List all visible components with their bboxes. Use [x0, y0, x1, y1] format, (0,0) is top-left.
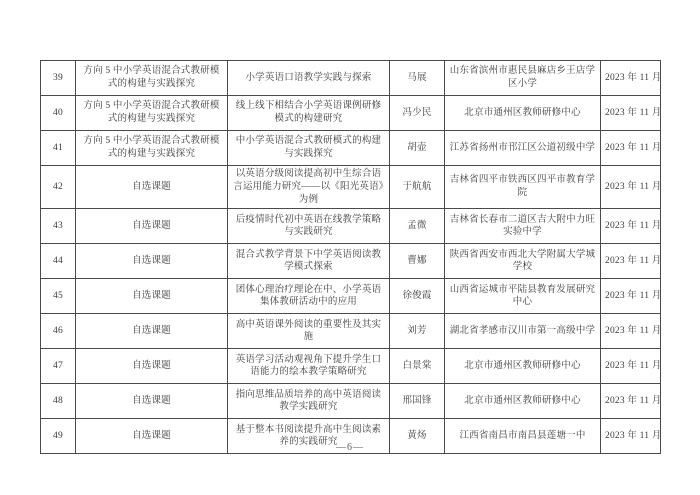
title-cell: 中小学英语混合式教研模式的构建与实践探究	[228, 131, 390, 166]
title-cell: 英语学习活动观视角下提升学生口语能力的绘本教学策略研究	[228, 349, 390, 384]
org-cell: 江苏省扬州市邗江区公道初级中学	[445, 131, 601, 166]
title-cell: 后疫情时代初中英语在线教学策略与实践研究	[228, 209, 390, 244]
category-cell: 方向 5 中小学英语混合式教研模式的构建与实践探究	[76, 96, 228, 131]
org-cell: 北京市通州区教师研修中心	[445, 96, 601, 131]
date-cell: 2023 年 11 月	[601, 209, 661, 244]
org-cell: 吉林省四平市铁西区四平市教育学院	[445, 166, 601, 209]
title-cell: 线上线下相结合小学英语课例研修模式的构建研究	[228, 96, 390, 131]
row-number-cell: 45	[41, 279, 76, 314]
date-cell: 2023 年 11 月	[601, 349, 661, 384]
document-page: 39 方向 5 中小学英语混合式教研模式的构建与实践探究 小学英语口语教学实践与…	[0, 0, 700, 495]
table-body: 39 方向 5 中小学英语混合式教研模式的构建与实践探究 小学英语口语教学实践与…	[41, 61, 661, 454]
name-cell: 胡壶	[390, 131, 445, 166]
row-number-cell: 44	[41, 244, 76, 279]
name-cell: 白景棠	[390, 349, 445, 384]
date-cell: 2023 年 11 月	[601, 279, 661, 314]
table-row: 45 自选课题 团体心理治疗理论在中、小学英语集体教研活动中的应用 徐俊霞 山西…	[41, 279, 661, 314]
org-cell: 吉林省长春市二道区吉大附中力旺实验中学	[445, 209, 601, 244]
row-number-cell: 42	[41, 166, 76, 209]
category-cell: 自选课题	[76, 279, 228, 314]
name-cell: 冯少民	[390, 96, 445, 131]
org-cell: 山东省滨州市惠民县麻店乡王店学区小学	[445, 61, 601, 96]
org-cell: 陕西省西安市西北大学附属大学城学校	[445, 244, 601, 279]
category-cell: 自选课题	[76, 209, 228, 244]
date-cell: 2023 年 11 月	[601, 166, 661, 209]
org-cell: 北京市通州区教师研修中心	[445, 384, 601, 419]
name-cell: 孟微	[390, 209, 445, 244]
title-cell: 指向思维品质培养的高中英语阅读教学实践研究	[228, 384, 390, 419]
row-number-cell: 47	[41, 349, 76, 384]
name-cell: 马展	[390, 61, 445, 96]
table-row: 46 自选课题 高中英语课外阅读的重要性及其实施 刘芳 湖北省孝感市汉川市第一高…	[41, 314, 661, 349]
project-approval-table: 39 方向 5 中小学英语混合式教研模式的构建与实践探究 小学英语口语教学实践与…	[40, 60, 661, 454]
category-cell: 自选课题	[76, 349, 228, 384]
date-cell: 2023 年 11 月	[601, 384, 661, 419]
page-number: —6—	[0, 442, 700, 453]
org-cell: 北京市通州区教师研修中心	[445, 349, 601, 384]
table-row: 43 自选课题 后疫情时代初中英语在线教学策略与实践研究 孟微 吉林省长春市二道…	[41, 209, 661, 244]
row-number-cell: 43	[41, 209, 76, 244]
table-row: 44 自选课题 混合式教学背景下中学英语阅读教学模式探索 曹娜 陕西省西安市西北…	[41, 244, 661, 279]
row-number-cell: 39	[41, 61, 76, 96]
title-cell: 以英语分级阅读提高初中生综合语言运用能力研究——以《阳光英语》为例	[228, 166, 390, 209]
row-number-cell: 40	[41, 96, 76, 131]
row-number-cell: 48	[41, 384, 76, 419]
org-cell: 山西省运城市平陆县教育发展研究中心	[445, 279, 601, 314]
date-cell: 2023 年 11 月	[601, 96, 661, 131]
row-number-cell: 41	[41, 131, 76, 166]
category-cell: 自选课题	[76, 314, 228, 349]
title-cell: 高中英语课外阅读的重要性及其实施	[228, 314, 390, 349]
name-cell: 邢国锋	[390, 384, 445, 419]
category-cell: 方向 5 中小学英语混合式教研模式的构建与实践探究	[76, 61, 228, 96]
table-row: 47 自选课题 英语学习活动观视角下提升学生口语能力的绘本教学策略研究 白景棠 …	[41, 349, 661, 384]
date-cell: 2023 年 11 月	[601, 61, 661, 96]
date-cell: 2023 年 11 月	[601, 314, 661, 349]
date-cell: 2023 年 11 月	[601, 244, 661, 279]
title-cell: 小学英语口语教学实践与探索	[228, 61, 390, 96]
category-cell: 方向 5 中小学英语混合式教研模式的构建与实践探究	[76, 131, 228, 166]
table-row: 40 方向 5 中小学英语混合式教研模式的构建与实践探究 线上线下相结合小学英语…	[41, 96, 661, 131]
table-row: 41 方向 5 中小学英语混合式教研模式的构建与实践探究 中小学英语混合式教研模…	[41, 131, 661, 166]
category-cell: 自选课题	[76, 244, 228, 279]
name-cell: 于航航	[390, 166, 445, 209]
name-cell: 徐俊霞	[390, 279, 445, 314]
name-cell: 曹娜	[390, 244, 445, 279]
name-cell: 刘芳	[390, 314, 445, 349]
date-cell: 2023 年 11 月	[601, 131, 661, 166]
title-cell: 混合式教学背景下中学英语阅读教学模式探索	[228, 244, 390, 279]
category-cell: 自选课题	[76, 166, 228, 209]
table-row: 39 方向 5 中小学英语混合式教研模式的构建与实践探究 小学英语口语教学实践与…	[41, 61, 661, 96]
title-cell: 团体心理治疗理论在中、小学英语集体教研活动中的应用	[228, 279, 390, 314]
table-row: 48 自选课题 指向思维品质培养的高中英语阅读教学实践研究 邢国锋 北京市通州区…	[41, 384, 661, 419]
table-row: 42 自选课题 以英语分级阅读提高初中生综合语言运用能力研究——以《阳光英语》为…	[41, 166, 661, 209]
row-number-cell: 46	[41, 314, 76, 349]
category-cell: 自选课题	[76, 384, 228, 419]
org-cell: 湖北省孝感市汉川市第一高级中学	[445, 314, 601, 349]
